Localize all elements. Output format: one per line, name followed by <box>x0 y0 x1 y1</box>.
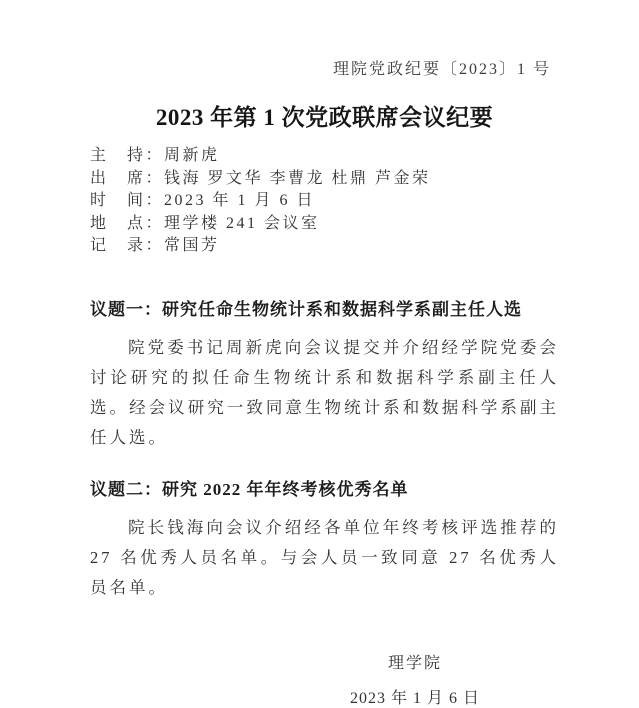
topic-section-2: 议题二：研究 2022 年年终考核优秀名单 院长钱海向会议介绍经各单位年终考核评… <box>90 478 559 603</box>
topic-2-heading: 议题二：研究 2022 年年终考核优秀名单 <box>90 478 559 502</box>
signature-block: 理学院 2023 年 1 月 6 日 <box>340 653 490 708</box>
meta-row-time: 时 间：2023 年 1 月 6 日 <box>90 190 559 213</box>
meta-value-host: 周新虎 <box>164 147 220 164</box>
topic-1-body: 院党委书记周新虎向会议提交并介绍经学院党委会讨论研究的拟任命生物统计系和数据科学… <box>90 333 559 453</box>
meta-row-location: 地 点：理学楼 241 会议室 <box>90 213 559 236</box>
topic-section-1: 议题一：研究任命生物统计系和数据科学系副主任人选 院党委书记周新虎向会议提交并介… <box>90 298 559 453</box>
meta-value-location: 理学楼 241 会议室 <box>164 215 320 232</box>
meta-label-time: 时 间： <box>90 192 164 209</box>
meta-label-recorder: 记 录： <box>90 237 164 254</box>
meta-row-recorder: 记 录：常国芳 <box>90 235 559 258</box>
document-page: 理院党政纪要〔2023〕1 号 2023 年第 1 次党政联席会议纪要 主 持：… <box>0 0 639 708</box>
doc-number: 理院党政纪要〔2023〕1 号 <box>90 60 559 80</box>
meta-value-recorder: 常国芳 <box>164 237 220 254</box>
meta-row-attendees: 出 席：钱海 罗文华 李曹龙 杜鼎 芦金荣 <box>90 168 559 191</box>
meta-label-attendees: 出 席： <box>90 170 164 187</box>
meta-label-location: 地 点： <box>90 215 164 232</box>
meta-row-host: 主 持：周新虎 <box>90 145 559 168</box>
signature-org: 理学院 <box>340 653 490 675</box>
topic-2-body: 院长钱海向会议介绍经各单位年终考核评选推荐的 27 名优秀人员名单。与会人员一致… <box>90 513 559 603</box>
meta-label-host: 主 持： <box>90 147 164 164</box>
meta-value-time: 2023 年 1 月 6 日 <box>164 192 315 209</box>
document-title: 2023 年第 1 次党政联席会议纪要 <box>90 103 559 133</box>
signature-date: 2023 年 1 月 6 日 <box>340 688 490 708</box>
topic-1-heading: 议题一：研究任命生物统计系和数据科学系副主任人选 <box>90 298 559 322</box>
meta-value-attendees: 钱海 罗文华 李曹龙 杜鼎 芦金荣 <box>164 170 431 187</box>
meta-list: 主 持：周新虎 出 席：钱海 罗文华 李曹龙 杜鼎 芦金荣 时 间：2023 年… <box>90 145 559 258</box>
